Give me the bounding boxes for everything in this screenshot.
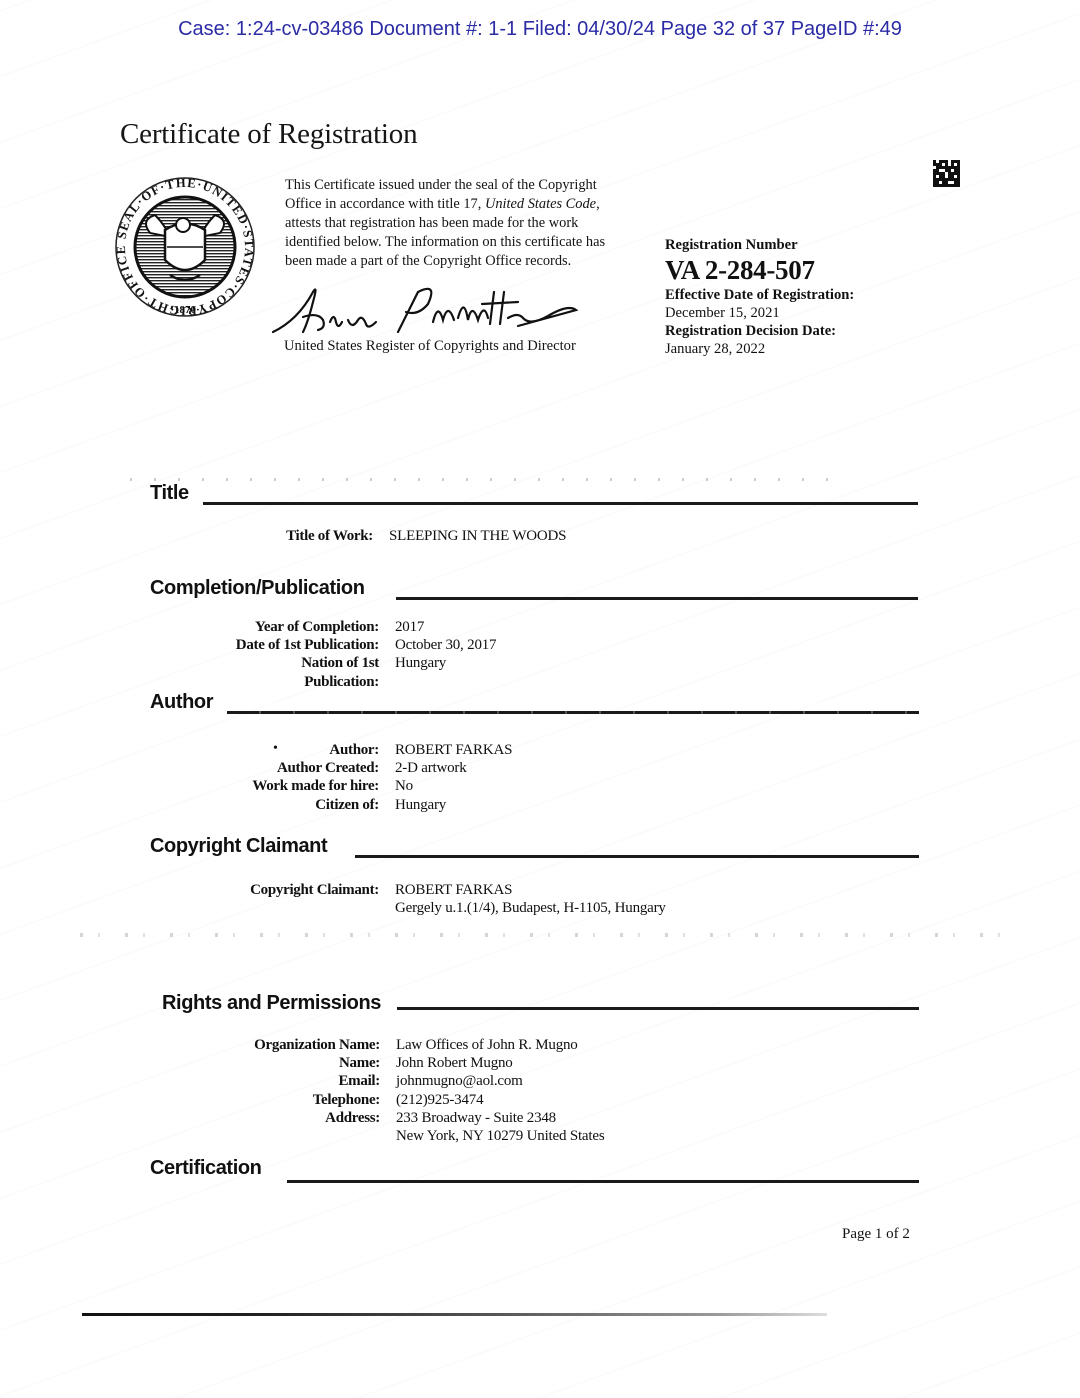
field-row: New York, NY 10279 United States <box>236 1127 604 1145</box>
certificate-intro-text: This Certificate issued under the seal o… <box>285 176 630 271</box>
field-row: Nation of 1st Publication:Hungary <box>235 654 496 690</box>
effective-date-label: Effective Date of Registration: <box>665 286 925 304</box>
completion-fields: Year of Completion:2017 Date of 1st Publ… <box>235 618 496 691</box>
barcode-icon <box>933 160 960 187</box>
section-divider <box>287 1180 919 1183</box>
case-header: Case: 1:24-cv-03486 Document #: 1-1 File… <box>0 18 1080 41</box>
field-row: Author Created:2-D artwork <box>235 759 512 777</box>
effective-date: December 15, 2021 <box>665 304 925 322</box>
section-title-heading: Title <box>150 482 189 505</box>
field-row: Year of Completion:2017 <box>235 618 496 636</box>
section-divider <box>397 1007 919 1010</box>
copyright-office-seal-icon: SEAL·OF·THE·UNITED·STATES·COPYRIGHT·OFFI… <box>110 175 260 320</box>
signature-icon <box>268 282 588 342</box>
section-completion-heading: Completion/Publication <box>150 577 365 600</box>
register-of-copyrights-label: United States Register of Copyrights and… <box>284 338 576 355</box>
section-divider <box>396 597 918 600</box>
field-row: Telephone:(212)925-3474 <box>236 1091 604 1109</box>
section-divider <box>227 711 919 714</box>
certificate-title: Certificate of Registration <box>120 118 417 151</box>
field-row: Work made for hire:No <box>235 777 512 795</box>
field-row: Gergely u.1.(1/4), Budapest, H-1105, Hun… <box>235 899 666 917</box>
section-certification-heading: Certification <box>150 1157 261 1180</box>
section-divider <box>355 855 919 858</box>
registration-number-label: Registration Number <box>665 236 925 254</box>
field-row: Address:233 Broadway - Suite 2348 <box>236 1109 604 1127</box>
field-row: Date of 1st Publication:October 30, 2017 <box>235 636 496 654</box>
scan-artifact <box>80 933 1000 937</box>
section-claimant-heading: Copyright Claimant <box>150 835 327 858</box>
field-row: Citizen of:Hungary <box>235 796 512 814</box>
field-row: Title of Work: SLEEPING IN THE WOODS <box>229 527 566 545</box>
decision-date: January 28, 2022 <box>665 340 925 358</box>
field-row: Organization Name:Law Offices of John R.… <box>236 1036 604 1054</box>
author-fields: Author:ROBERT FARKAS Author Created:2-D … <box>235 741 512 814</box>
section-author-heading: Author <box>150 691 213 714</box>
section-divider <box>203 502 918 505</box>
field-row: Author:ROBERT FARKAS <box>235 741 512 759</box>
field-row: Copyright Claimant:ROBERT FARKAS <box>235 881 666 899</box>
registration-info: Registration Number VA 2-284-507 Effecti… <box>665 236 925 358</box>
page-number: Page 1 of 2 <box>842 1226 910 1243</box>
decision-date-label: Registration Decision Date: <box>665 322 925 340</box>
scan-artifact <box>130 478 830 481</box>
bottom-divider <box>82 1313 827 1316</box>
claimant-fields: Copyright Claimant:ROBERT FARKAS Gergely… <box>235 881 666 917</box>
field-row: Name:John Robert Mugno <box>236 1054 604 1072</box>
section-rights-heading: Rights and Permissions <box>162 992 381 1015</box>
rights-fields: Organization Name:Law Offices of John R.… <box>236 1036 604 1145</box>
svg-text:·1870·: ·1870· <box>170 304 199 316</box>
title-fields: Title of Work: SLEEPING IN THE WOODS <box>229 527 566 545</box>
field-row: Email:johnmugno@aol.com <box>236 1072 604 1090</box>
registration-number: VA 2-284-507 <box>665 254 925 286</box>
